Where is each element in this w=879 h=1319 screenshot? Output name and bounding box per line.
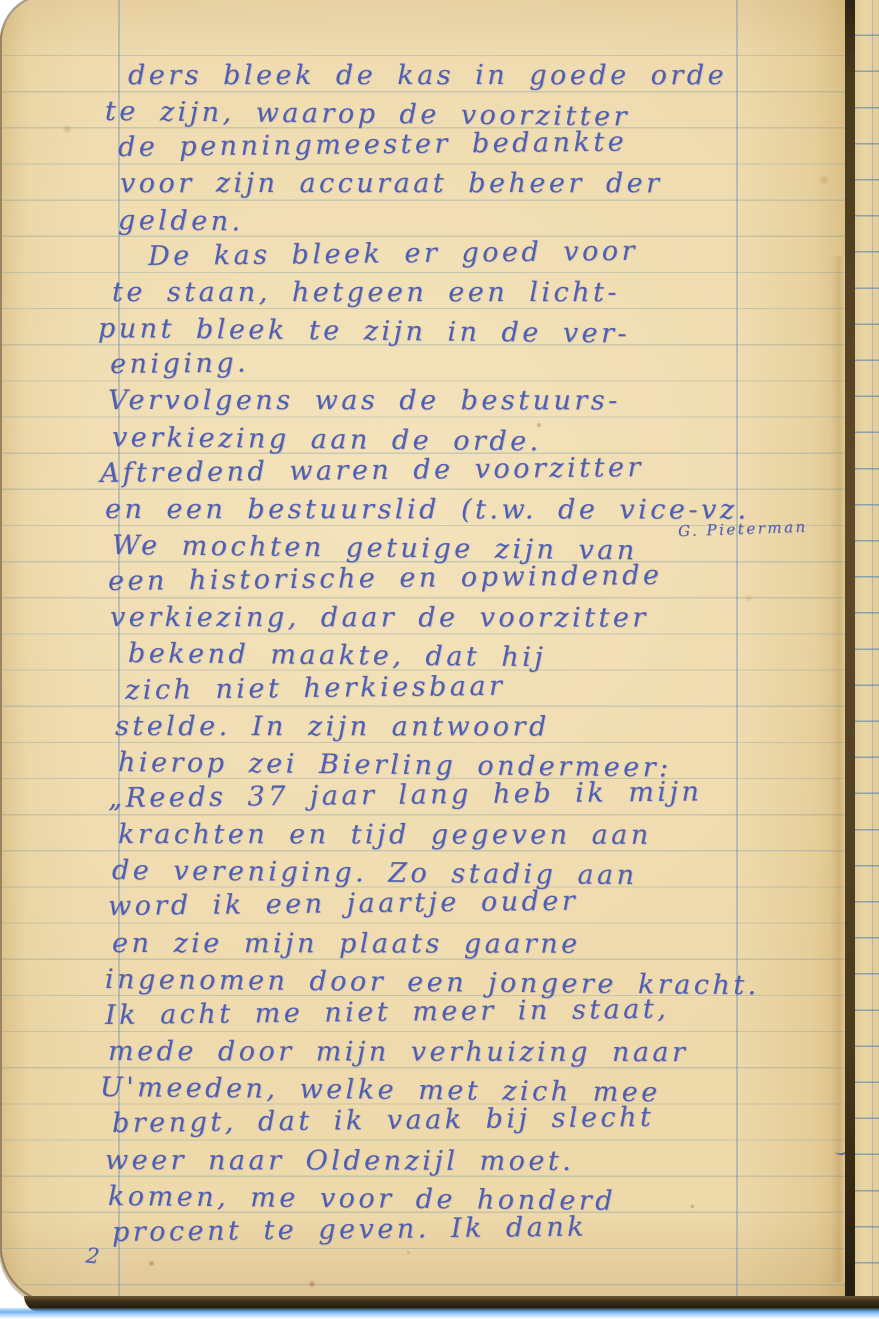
- handwriting-line: mede door mijn verhuizing naar: [108, 1034, 689, 1071]
- scanner-glow: [0, 1308, 879, 1319]
- handwriting-line: weer naar Oldenzijl moet.: [105, 1143, 574, 1180]
- handwriting-line: de penningmeester bedankte: [118, 125, 628, 166]
- paper-spot: [62, 124, 72, 134]
- paper-spot: [148, 1260, 155, 1267]
- handwriting-line: procent te geven. Ik dank: [112, 1209, 587, 1250]
- handwriting-line: „Reeds 37 jaar lang heb ik mijn: [108, 774, 703, 817]
- handwriting-line: word ik een jaartje ouder: [108, 884, 579, 925]
- handwriting-line: verkiezing, daar de voorzitter: [110, 600, 649, 637]
- handwriting-line: voor zijn accuraat beheer der: [120, 166, 663, 202]
- paper-spot: [308, 1280, 316, 1288]
- right-margin-line: [736, 0, 738, 1302]
- handwriting-line: De kas bleek er goed voor: [148, 233, 638, 274]
- next-page-edge: [855, 0, 879, 1304]
- handwriting-line: krachten en tijd gegeven aan: [118, 817, 652, 854]
- paper-spot: [744, 594, 753, 603]
- handwriting-line: gelden.: [118, 203, 244, 240]
- handwriting-line: Aftredend waren de voorzitter: [100, 450, 644, 492]
- handwriting-line: Vervolgens was de bestuurs-: [108, 383, 621, 419]
- handwriting-line: eniging.: [110, 346, 250, 384]
- handwriting-line: ders bleek de kas in goede orde: [128, 58, 727, 94]
- handwriting-line: zich niet herkiesbaar: [125, 668, 506, 708]
- paper-spot: [406, 1250, 411, 1255]
- notebook-page: ders bleek de kas in goede ordete zijn, …: [2, 0, 847, 1302]
- handwriting-line: en zie mijn plaats gaarne: [112, 926, 581, 963]
- scanned-notebook-page: ders bleek de kas in goede ordete zijn, …: [0, 0, 879, 1319]
- paper-spot: [690, 1204, 695, 1209]
- paper-crease: [830, 256, 846, 1282]
- handwriting-line: en een bestuurslid (t.w. de vice-vz.: [105, 492, 750, 529]
- handwriting-line: brengt, dat ik vaak bij slecht: [112, 1100, 655, 1142]
- handwriting-line: te staan, hetgeen een licht-: [112, 275, 620, 311]
- paper-spot: [818, 174, 830, 186]
- handwriting-line: een historische en opwindende: [108, 558, 663, 600]
- page-margin-mark: 2: [85, 1243, 101, 1268]
- handwriting-line: Ik acht me niet meer in staat,: [105, 991, 670, 1033]
- next-page-margin-line: [872, 0, 873, 1304]
- handwriting-line: stelde. In zijn antwoord: [115, 709, 550, 746]
